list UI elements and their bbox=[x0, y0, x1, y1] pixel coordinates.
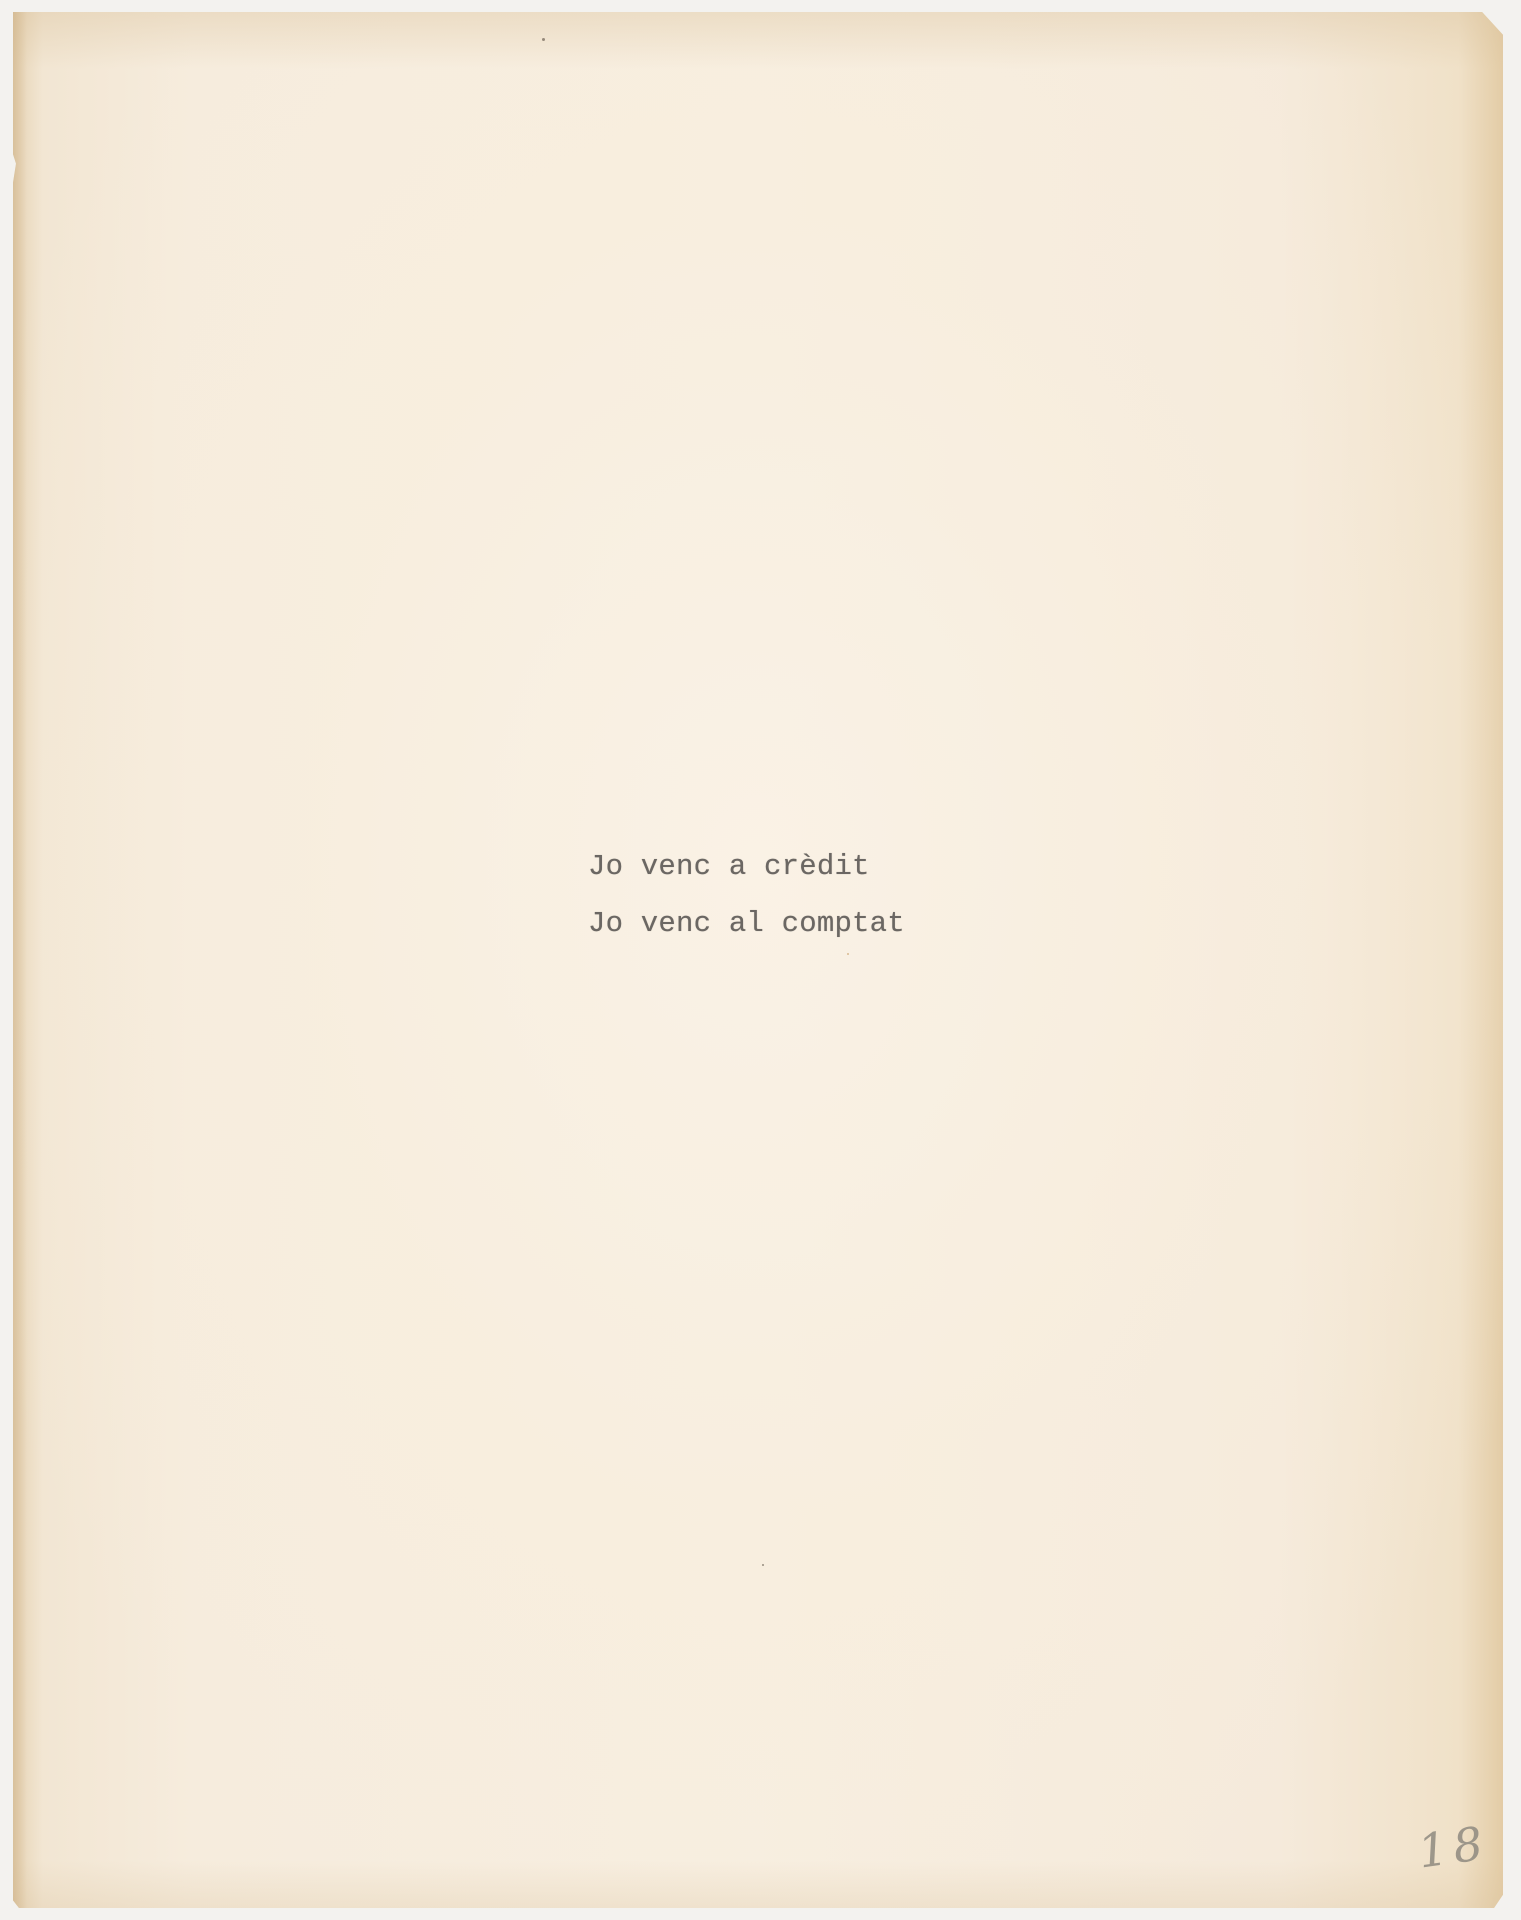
paper-speck bbox=[762, 1564, 764, 1566]
typed-line-credit: Jo venc a crèdit bbox=[588, 838, 905, 895]
typed-text-block: Jo venc a crèdit Jo venc al comptat bbox=[588, 838, 905, 952]
paper-speck bbox=[847, 953, 849, 955]
paper-speck bbox=[542, 38, 545, 41]
handwritten-page-number: 18 bbox=[1415, 1815, 1492, 1878]
typed-line-cash: Jo venc al comptat bbox=[588, 895, 905, 952]
paper-sheet: Jo venc a crèdit Jo venc al comptat 18 bbox=[13, 12, 1503, 1908]
